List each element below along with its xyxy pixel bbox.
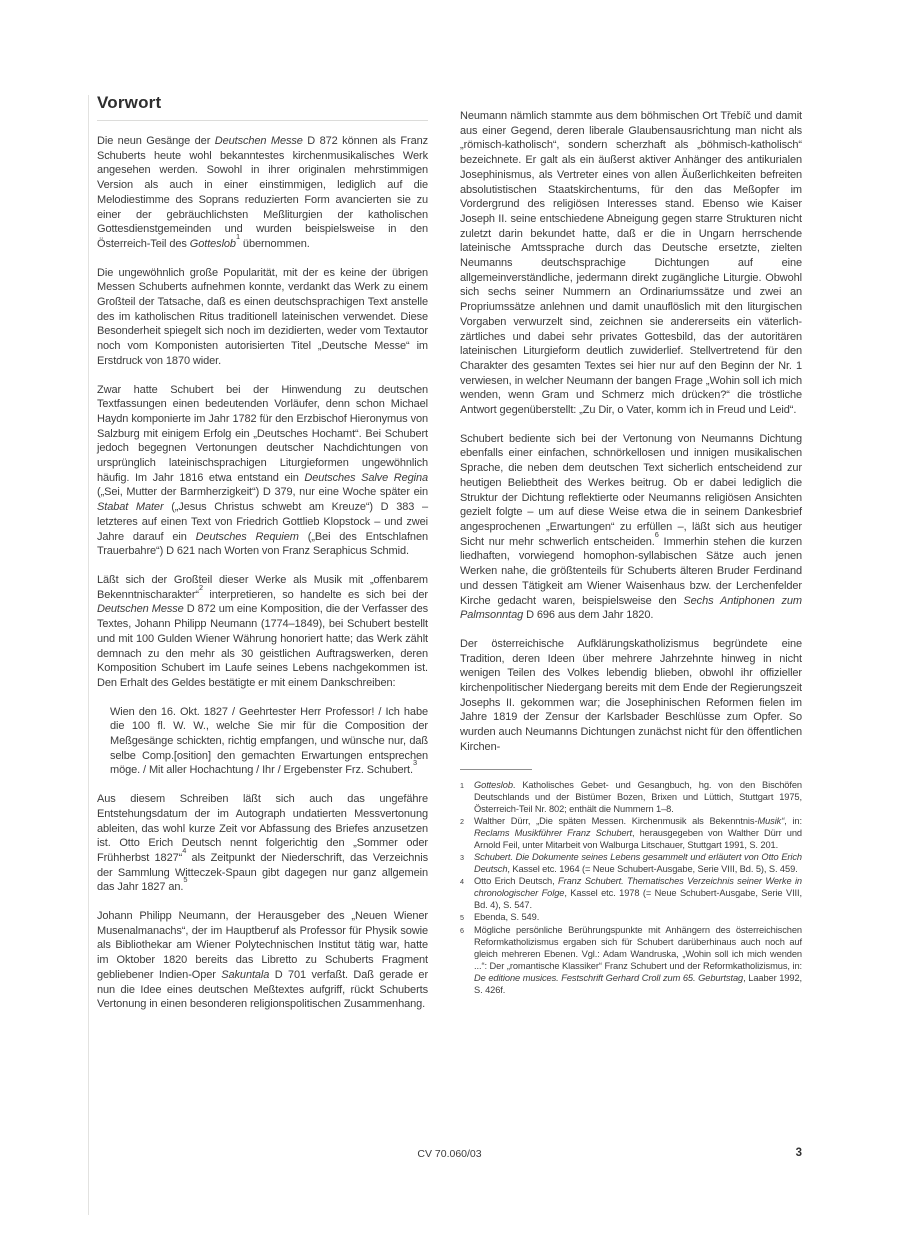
paragraph: Die ungewöhnlich große Popularität, mit … (97, 266, 428, 369)
paragraph: Der österreichische Aufklärungskatholizi… (460, 637, 802, 755)
text-segment: Wien den 16. Okt. 1827 / Geehrtester Her… (110, 706, 428, 777)
paragraph: Die neun Gesänge der Deutschen Messe D 8… (97, 134, 428, 252)
footnote-number: 4 (460, 875, 474, 911)
paragraph: Zwar hatte Schubert bei der Hinwendung z… (97, 383, 428, 559)
text-segment: Sakuntala (221, 969, 269, 981)
document-page: Vorwort Die neun Gesänge der Deutschen M… (0, 0, 900, 1252)
text-segment: („Sei, Mutter der Barmherzigkeit“) D 379… (97, 486, 428, 498)
footnote-number: 1 (460, 779, 474, 815)
text-segment: , Kassel etc. 1964 (= Neue Schubert-Ausg… (507, 864, 797, 874)
page-number: 3 (796, 1147, 802, 1159)
footnote-text: Mögliche persönliche Berührungspunkte mi… (474, 924, 802, 996)
footnote-separator (460, 769, 532, 770)
footnote-number: 5 (460, 911, 474, 924)
page-title: Vorwort (97, 93, 428, 113)
text-segment: Die neun Gesänge der (97, 135, 215, 147)
text-segment: Walther Dürr, „Die späten Messen. Kirche… (474, 816, 757, 826)
text-segment: Mögliche persönliche Berührungspunkte mi… (474, 925, 802, 971)
paragraph: Johann Philipp Neumann, der Herausgeber … (97, 909, 428, 1012)
footnote-text: Ebenda, S. 549. (474, 911, 802, 924)
footnote-number: 6 (460, 924, 474, 996)
footnote-text: Schubert. Die Dokumente seines Lebens ge… (474, 851, 802, 875)
text-segment: De editione musices. Festschrift Gerhard… (474, 973, 743, 983)
paragraph: Aus diesem Schreiben läßt sich auch das … (97, 792, 428, 895)
footnotes-block: 1Gotteslob. Katholisches Gebet- und Gesa… (460, 779, 802, 996)
footnote-marker: 1 (236, 232, 240, 241)
text-segment: . Katholisches Gebet- und Gesangbuch, hg… (474, 780, 802, 814)
text-segment: Deutschen Messe (97, 603, 184, 615)
footnote-text: Walther Dürr, „Die späten Messen. Kirche… (474, 815, 802, 851)
text-segment: Otto Erich Deutsch, (474, 876, 558, 886)
footnote: 2Walther Dürr, „Die späten Messen. Kirch… (460, 815, 802, 851)
text-segment: Gotteslob (474, 780, 513, 790)
footnote: 1Gotteslob. Katholisches Gebet- und Gesa… (460, 779, 802, 815)
footnote: 6Mögliche persönliche Berührungspunkte m… (460, 924, 802, 996)
text-segment: Musik“ (757, 816, 784, 826)
left-column-text: Die neun Gesänge der Deutschen Messe D 8… (97, 134, 428, 1012)
footnote-number: 2 (460, 815, 474, 851)
paragraph: Neumann nämlich stammte aus dem böhmisch… (460, 109, 802, 418)
text-segment: D 872 um eine Komposition, die der Verfa… (97, 603, 428, 689)
right-column-text: Neumann nämlich stammte aus dem böhmisch… (460, 109, 802, 755)
footnote-marker: 6 (655, 530, 659, 539)
text-segment: D 696 aus dem Jahr 1820. (523, 609, 653, 621)
text-segment: Deutsches Requiem (196, 531, 299, 543)
footnote-marker: 5 (183, 875, 187, 884)
footnote-marker: 2 (199, 583, 203, 592)
text-segment: Stabat Mater (97, 501, 164, 513)
block-quote: Wien den 16. Okt. 1827 / Geehrtester Her… (110, 705, 428, 779)
page-footer: CV 70.060/03 3 (97, 1148, 802, 1164)
text-segment: Gotteslob (190, 238, 236, 250)
title-rule (97, 120, 428, 121)
text-segment: D 872 können als Franz Schuberts heute w… (97, 135, 428, 250)
text-segment: übernommen. (240, 238, 310, 250)
text-segment: Reclams Musikführer Franz Schubert (474, 828, 632, 838)
footnote-marker: 3 (413, 758, 417, 767)
footnote-text: Gotteslob. Katholisches Gebet- und Gesan… (474, 779, 802, 815)
plate-number: CV 70.060/03 (97, 1148, 802, 1160)
footnote: 4Otto Erich Deutsch, Franz Schubert. The… (460, 875, 802, 911)
text-segment: interpretieren, so handelte es sich bei … (203, 589, 428, 601)
text-segment: Schubert bediente sich bei der Vertonung… (460, 433, 802, 548)
text-segment: Deutsches Salve Regina (304, 472, 428, 484)
text-segment: Die ungewöhnlich große Popularität, mit … (97, 267, 428, 367)
right-column: Neumann nämlich stammte aus dem böhmisch… (460, 93, 802, 1026)
footnote: 3Schubert. Die Dokumente seines Lebens g… (460, 851, 802, 875)
text-segment: Neumann nämlich stammte aus dem böhmisch… (460, 110, 802, 416)
left-column: Vorwort Die neun Gesänge der Deutschen M… (97, 93, 428, 1026)
footnote-text: Otto Erich Deutsch, Franz Schubert. Them… (474, 875, 802, 911)
page-content: Vorwort Die neun Gesänge der Deutschen M… (97, 93, 802, 1026)
text-segment: Deutschen Messe (215, 135, 303, 147)
footnote: 5Ebenda, S. 549. (460, 911, 802, 924)
text-segment: Zwar hatte Schubert bei der Hinwendung z… (97, 384, 428, 484)
text-segment: , in: (784, 816, 802, 826)
paragraph: Schubert bediente sich bei der Vertonung… (460, 432, 802, 623)
footnote-number: 3 (460, 851, 474, 875)
text-segment: Der österreichische Aufklärungskatholizi… (460, 638, 802, 753)
text-segment: Ebenda, S. 549. (474, 912, 539, 922)
paragraph: Läßt sich der Großteil dieser Werke als … (97, 573, 428, 691)
footnote-marker: 4 (182, 846, 186, 855)
page-edge-line (88, 95, 89, 1215)
